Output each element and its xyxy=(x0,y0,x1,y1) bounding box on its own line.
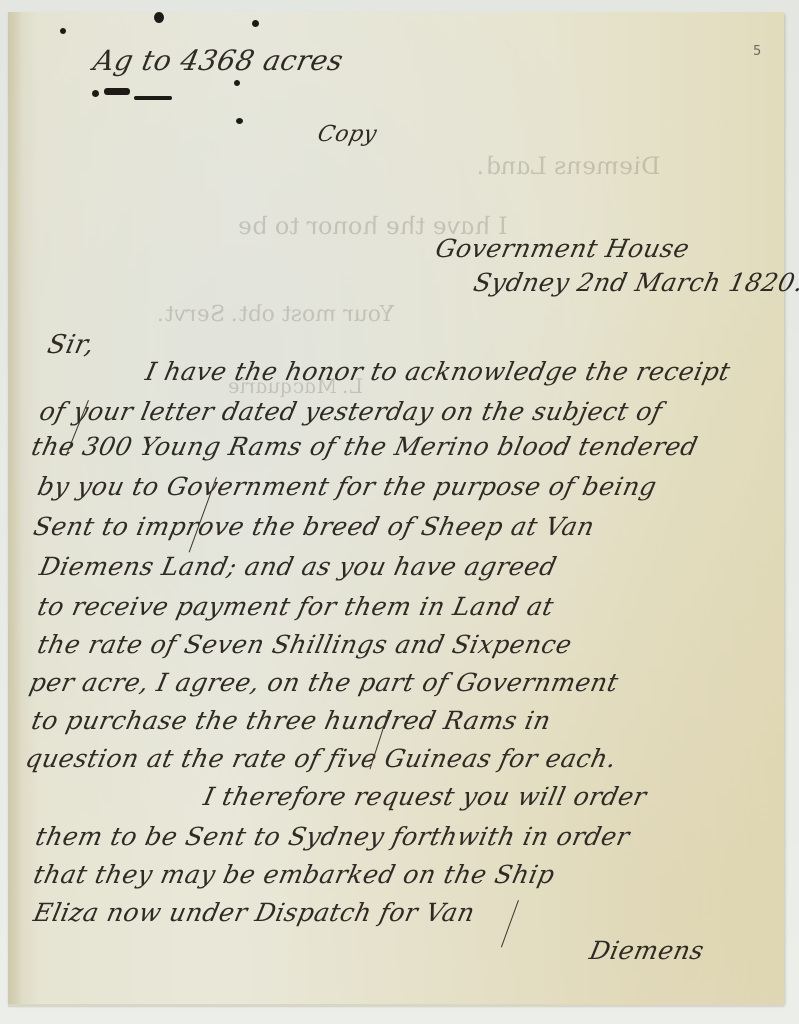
body-line: I therefore request you will order xyxy=(201,782,649,811)
pen-flourish xyxy=(501,900,519,947)
body-line: to purchase the three hundred Rams in xyxy=(29,706,554,735)
folio-number: 5 xyxy=(753,44,761,59)
ink-blot xyxy=(236,118,243,124)
ink-blot xyxy=(252,20,259,27)
body-line: the 300 Young Rams of the Merino blood t… xyxy=(29,432,701,461)
page-edge xyxy=(8,1004,784,1007)
body-line: question at the rate of five Guineas for… xyxy=(23,744,619,773)
body-line: per acre, I agree, on the part of Govern… xyxy=(27,668,621,697)
body-line: to receive payment for them in Land at xyxy=(35,592,557,621)
body-line: Eliza now under Dispatch for Van xyxy=(31,898,478,927)
salutation: Sir, xyxy=(45,330,97,360)
body-line: by you to Government for the purpose of … xyxy=(35,472,660,501)
ink-blot xyxy=(154,12,164,23)
body-line: them to be Sent to Sydney forthwith in o… xyxy=(33,822,633,851)
body-line: the rate of Seven Shillings and Sixpence xyxy=(35,630,575,659)
ink-smudge xyxy=(134,96,172,100)
ink-smudge xyxy=(104,88,130,95)
scan-background: Diemens Land. I have the honor to be You… xyxy=(0,0,799,1024)
ink-blot xyxy=(92,90,99,97)
copy-mark: Copy xyxy=(315,122,379,147)
ink-blot xyxy=(234,80,240,86)
dateline-place: Government House xyxy=(433,234,692,263)
bleed-through-text: Your most obt. Servt. xyxy=(155,302,396,327)
dateline-date: Sydney 2nd March 1820. xyxy=(471,268,799,297)
manuscript-page: Diemens Land. I have the honor to be You… xyxy=(8,12,784,1004)
bleed-through-text: Diemens Land. xyxy=(475,152,663,180)
body-line: that they may be embarked on the Ship xyxy=(31,860,558,889)
body-line: Diemens Land; and as you have agreed xyxy=(37,552,560,581)
ink-blot xyxy=(60,28,66,34)
catchword: Diemens xyxy=(587,936,707,965)
acreage-annotation: Ag to 4368 acres xyxy=(90,44,346,77)
body-line: of your letter dated yesterday on the su… xyxy=(37,397,665,426)
body-line: Sent to improve the breed of Sheep at Va… xyxy=(31,512,597,541)
body-line: I have the honor to acknowledge the rece… xyxy=(143,357,733,386)
